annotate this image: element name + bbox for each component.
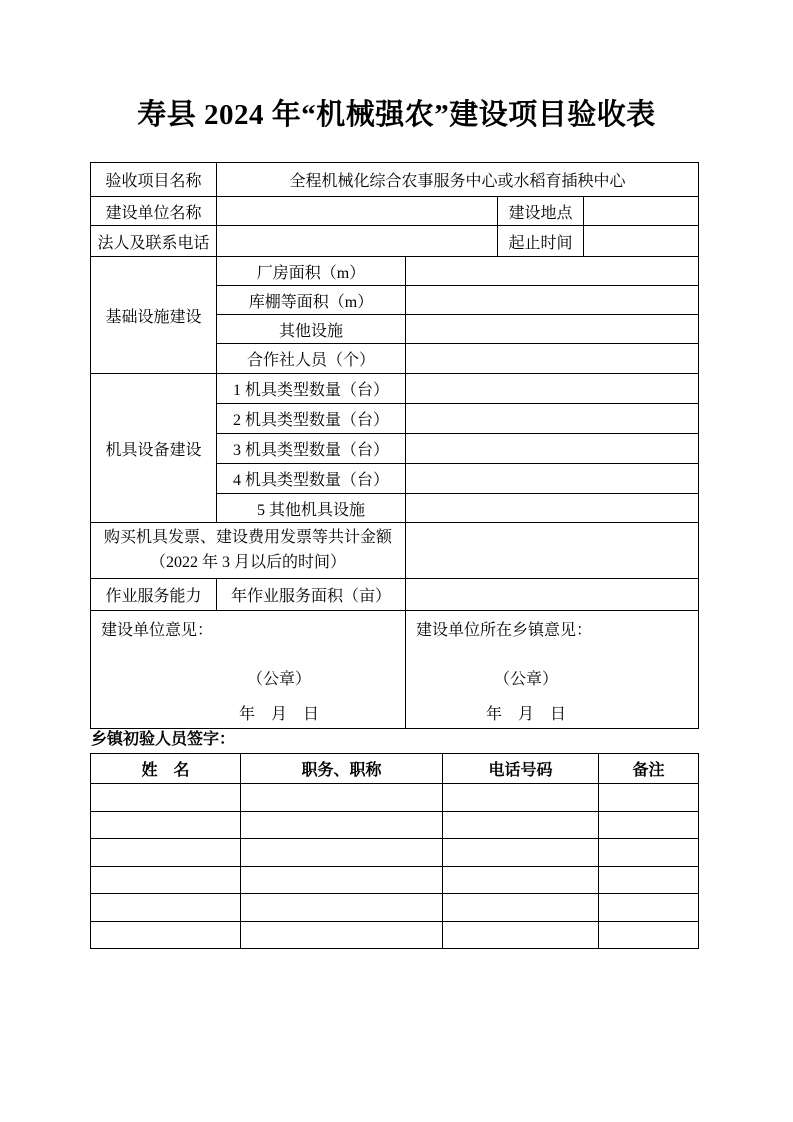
signature-name-blank	[91, 812, 241, 839]
signature-header-note: 备注	[599, 754, 699, 784]
signature-table-row	[91, 894, 699, 922]
form-title: 寿县 2024 年“机械强农”建设项目验收表	[0, 92, 793, 133]
signature-phone-blank	[443, 922, 599, 949]
signature-name-blank	[91, 867, 241, 894]
township-opinion-title: 建设单位所在乡镇意见：	[416, 617, 688, 640]
equipment-item-blank-field	[406, 374, 699, 404]
equipment-section-label: 机具设备建设	[91, 374, 217, 523]
unit-name-label: 建设单位名称	[91, 197, 217, 226]
signature-position-blank	[241, 894, 443, 922]
infrastructure-item-blank-field	[406, 286, 699, 315]
equipment-item-blank-field	[406, 464, 699, 494]
equipment-item-blank-field	[406, 404, 699, 434]
equipment-item-label: 4 机具类型数量（台）	[217, 464, 406, 494]
infrastructure-item-label: 其他设施	[217, 315, 406, 344]
legal-phone-label: 法人及联系电话	[91, 226, 217, 257]
signature-phone-blank	[443, 812, 599, 839]
signature-note-blank	[599, 894, 699, 922]
signature-table-row	[91, 867, 699, 894]
infrastructure-item-blank-field	[406, 344, 699, 374]
signature-phone-blank	[443, 839, 599, 867]
signature-header-phone: 电话号码	[443, 754, 599, 784]
legal-phone-blank-field	[217, 226, 498, 257]
signature-name-blank	[91, 922, 241, 949]
infrastructure-item-blank-field	[406, 257, 699, 286]
signature-note-blank	[599, 922, 699, 949]
infrastructure-item-blank-field	[406, 315, 699, 344]
duration-blank-field	[584, 226, 699, 257]
unit-opinion-title: 建设单位意见：	[101, 617, 395, 640]
equipment-item-label: 5 其他机具设施	[217, 494, 406, 523]
equipment-item-label: 3 机具类型数量（台）	[217, 434, 406, 464]
service-area-blank-field	[406, 579, 699, 611]
unit-name-blank-field	[217, 197, 498, 226]
service-capacity-label: 作业服务能力	[91, 579, 217, 611]
official-seal-placeholder: （公章）	[416, 666, 636, 689]
signature-table: 姓 名 职务、职称 电话号码 备注	[90, 753, 699, 949]
invoice-total-label-line1: 购买机具发票、建设费用发票等共计金额	[93, 526, 403, 551]
location-label: 建设地点	[498, 197, 584, 226]
signature-table-row	[91, 922, 699, 949]
service-area-label: 年作业服务面积（亩）	[217, 579, 406, 611]
equipment-item-blank-field	[406, 434, 699, 464]
signature-section-label: 乡镇初验人员签字：	[91, 726, 235, 749]
equipment-item-label: 2 机具类型数量（台）	[217, 404, 406, 434]
duration-label: 起止时间	[498, 226, 584, 257]
infrastructure-item-label: 合作社人员（个）	[217, 344, 406, 374]
signature-note-blank	[599, 839, 699, 867]
signature-table-row	[91, 839, 699, 867]
signature-position-blank	[241, 784, 443, 812]
project-name-value: 全程机械化综合农事服务中心或水稻育插秧中心	[217, 163, 699, 197]
signature-note-blank	[599, 867, 699, 894]
project-name-label: 验收项目名称	[91, 163, 217, 197]
equipment-item-blank-field	[406, 494, 699, 523]
signature-position-blank	[241, 812, 443, 839]
signature-header-name: 姓 名	[91, 754, 241, 784]
signature-table-row	[91, 812, 699, 839]
signature-position-blank	[241, 867, 443, 894]
signature-table-row	[91, 784, 699, 812]
official-seal-placeholder: （公章）	[163, 666, 395, 689]
signature-phone-blank	[443, 867, 599, 894]
signature-header-position: 职务、职称	[241, 754, 443, 784]
invoice-total-blank-field	[406, 523, 699, 579]
signature-position-blank	[241, 839, 443, 867]
equipment-item-label: 1 机具类型数量（台）	[217, 374, 406, 404]
signature-phone-blank	[443, 894, 599, 922]
infrastructure-section-label: 基础设施建设	[91, 257, 217, 374]
infrastructure-item-label: 厂房面积（m）	[217, 257, 406, 286]
signature-name-blank	[91, 894, 241, 922]
township-opinion-cell: 建设单位所在乡镇意见： （公章） 年 月 日	[406, 611, 699, 729]
signature-name-blank	[91, 784, 241, 812]
unit-opinion-cell: 建设单位意见： （公章） 年 月 日	[91, 611, 406, 729]
signature-note-blank	[599, 784, 699, 812]
location-blank-field	[584, 197, 699, 226]
signature-note-blank	[599, 812, 699, 839]
date-placeholder: 年 月 日	[163, 701, 395, 724]
signature-phone-blank	[443, 784, 599, 812]
main-form-table: 验收项目名称 全程机械化综合农事服务中心或水稻育插秧中心 建设单位名称 建设地点…	[90, 162, 699, 729]
signature-position-blank	[241, 922, 443, 949]
infrastructure-item-label: 库棚等面积（m）	[217, 286, 406, 315]
invoice-total-label: 购买机具发票、建设费用发票等共计金额 （2022 年 3 月以后的时间）	[91, 523, 406, 579]
date-placeholder: 年 月 日	[416, 701, 636, 724]
document-page: 寿县 2024 年“机械强农”建设项目验收表 验收项目名称 全程机械化综合农事服…	[0, 0, 793, 1122]
signature-name-blank	[91, 839, 241, 867]
invoice-total-label-line2: （2022 年 3 月以后的时间）	[93, 551, 403, 576]
